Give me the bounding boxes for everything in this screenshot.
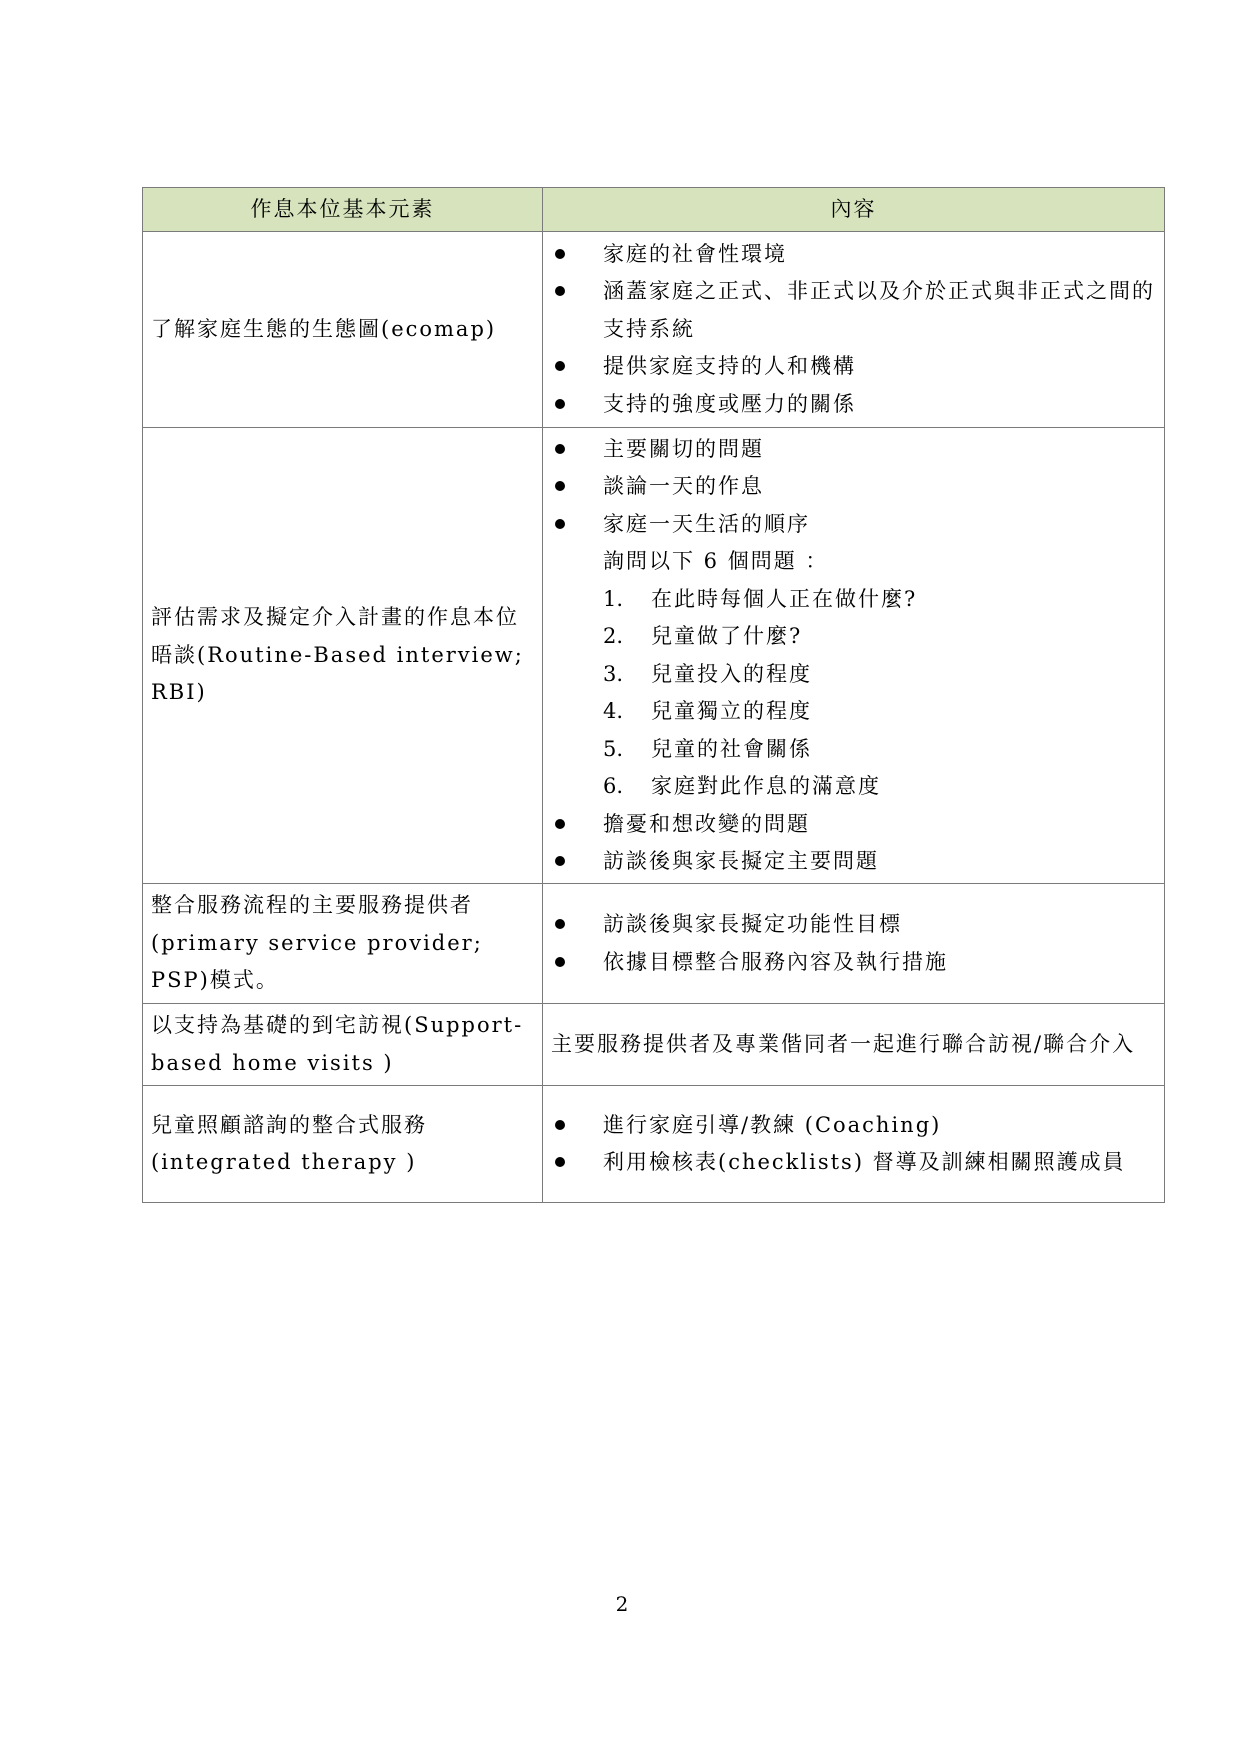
numbered-item: 3.兒童投入的程度 (551, 656, 1156, 694)
item-number: 3. (603, 656, 651, 694)
header-content: 內容 (543, 188, 1165, 232)
item-number: 1. (603, 581, 651, 619)
table-header-row: 作息本位基本元素 內容 (143, 188, 1165, 232)
table-row: 整合服務流程的主要服務提供者(primary service provider;… (143, 884, 1165, 1004)
item-text: 兒童做了什麼? (651, 624, 802, 648)
element-cell: 了解家庭生態的生態圖(ecomap) (143, 232, 543, 428)
list-item: 訪談後與家長擬定主要問題 (551, 843, 1156, 881)
table-row: 了解家庭生態的生態圖(ecomap) 家庭的社會性環境 涵蓋家庭之正式、非正式以… (143, 232, 1165, 428)
item-text: 兒童投入的程度 (651, 662, 812, 686)
list-item: 利用檢核表(checklists) 督導及訓練相關照護成員 (551, 1144, 1156, 1182)
list-item: 家庭一天生活的順序 (551, 506, 1156, 544)
list-item: 涵蓋家庭之正式、非正式以及介於正式與非正式之間的支持系統 (551, 273, 1156, 348)
item-number: 5. (603, 731, 651, 769)
element-cell: 兒童照顧諮詢的整合式服務(integrated therapy ) (143, 1086, 543, 1203)
table-row: 以支持為基礎的到宅訪視(Support-based home visits ) … (143, 1004, 1165, 1086)
item-text: 兒童獨立的程度 (651, 699, 812, 723)
list-item: 家庭的社會性環境 (551, 236, 1156, 274)
item-number: 6. (603, 768, 651, 806)
list-item: 談論一天的作息 (551, 468, 1156, 506)
item-text: 兒童的社會關係 (651, 737, 812, 761)
numbered-item: 5.兒童的社會關係 (551, 731, 1156, 769)
list-item: 訪談後與家長擬定功能性目標 (551, 906, 1156, 944)
element-cell: 以支持為基礎的到宅訪視(Support-based home visits ) (143, 1004, 543, 1086)
list-item: 提供家庭支持的人和機構 (551, 348, 1156, 386)
element-cell: 評估需求及擬定介入計畫的作息本位晤談(Routine-Based intervi… (143, 428, 543, 884)
table-row: 兒童照顧諮詢的整合式服務(integrated therapy ) 進行家庭引導… (143, 1086, 1165, 1203)
numbered-item: 4.兒童獨立的程度 (551, 693, 1156, 731)
header-element: 作息本位基本元素 (143, 188, 543, 232)
content-cell: 訪談後與家長擬定功能性目標 依據目標整合服務內容及執行措施 (543, 884, 1165, 1004)
page-number: 2 (612, 1592, 632, 1616)
content-cell: 家庭的社會性環境 涵蓋家庭之正式、非正式以及介於正式與非正式之間的支持系統 提供… (543, 232, 1165, 428)
element-cell: 整合服務流程的主要服務提供者(primary service provider;… (143, 884, 543, 1004)
list-item: 進行家庭引導/教練 (Coaching) (551, 1107, 1156, 1145)
content-list: 訪談後與家長擬定功能性目標 依據目標整合服務內容及執行措施 (551, 906, 1156, 981)
list-item-intro: 詢問以下 6 個問題 ： (551, 543, 1156, 581)
list-item: 主要關切的問題 (551, 431, 1156, 469)
content-list: 主要關切的問題 談論一天的作息 家庭一天生活的順序 詢問以下 6 個問題 ： 1… (551, 431, 1156, 881)
content-list: 家庭的社會性環境 涵蓋家庭之正式、非正式以及介於正式與非正式之間的支持系統 提供… (551, 236, 1156, 424)
numbered-item: 2.兒童做了什麼? (551, 618, 1156, 656)
routine-elements-table: 作息本位基本元素 內容 了解家庭生態的生態圖(ecomap) 家庭的社會性環境 … (142, 187, 1165, 1203)
item-text: 在此時每個人正在做什麼? (651, 587, 917, 611)
content-list: 進行家庭引導/教練 (Coaching) 利用檢核表(checklists) 督… (551, 1107, 1156, 1182)
list-item: 依據目標整合服務內容及執行措施 (551, 944, 1156, 982)
table-row: 評估需求及擬定介入計畫的作息本位晤談(Routine-Based intervi… (143, 428, 1165, 884)
numbered-item: 6.家庭對此作息的滿意度 (551, 768, 1156, 806)
numbered-item: 1.在此時每個人正在做什麼? (551, 581, 1156, 619)
list-item: 擔憂和想改變的問題 (551, 806, 1156, 844)
content-cell: 進行家庭引導/教練 (Coaching) 利用檢核表(checklists) 督… (543, 1086, 1165, 1203)
list-item: 支持的強度或壓力的關係 (551, 386, 1156, 424)
content-cell: 主要關切的問題 談論一天的作息 家庭一天生活的順序 詢問以下 6 個問題 ： 1… (543, 428, 1165, 884)
content-cell: 主要服務提供者及專業偕同者一起進行聯合訪視/聯合介入 (543, 1004, 1165, 1086)
item-number: 4. (603, 693, 651, 731)
item-text: 家庭對此作息的滿意度 (651, 774, 881, 798)
item-number: 2. (603, 618, 651, 656)
